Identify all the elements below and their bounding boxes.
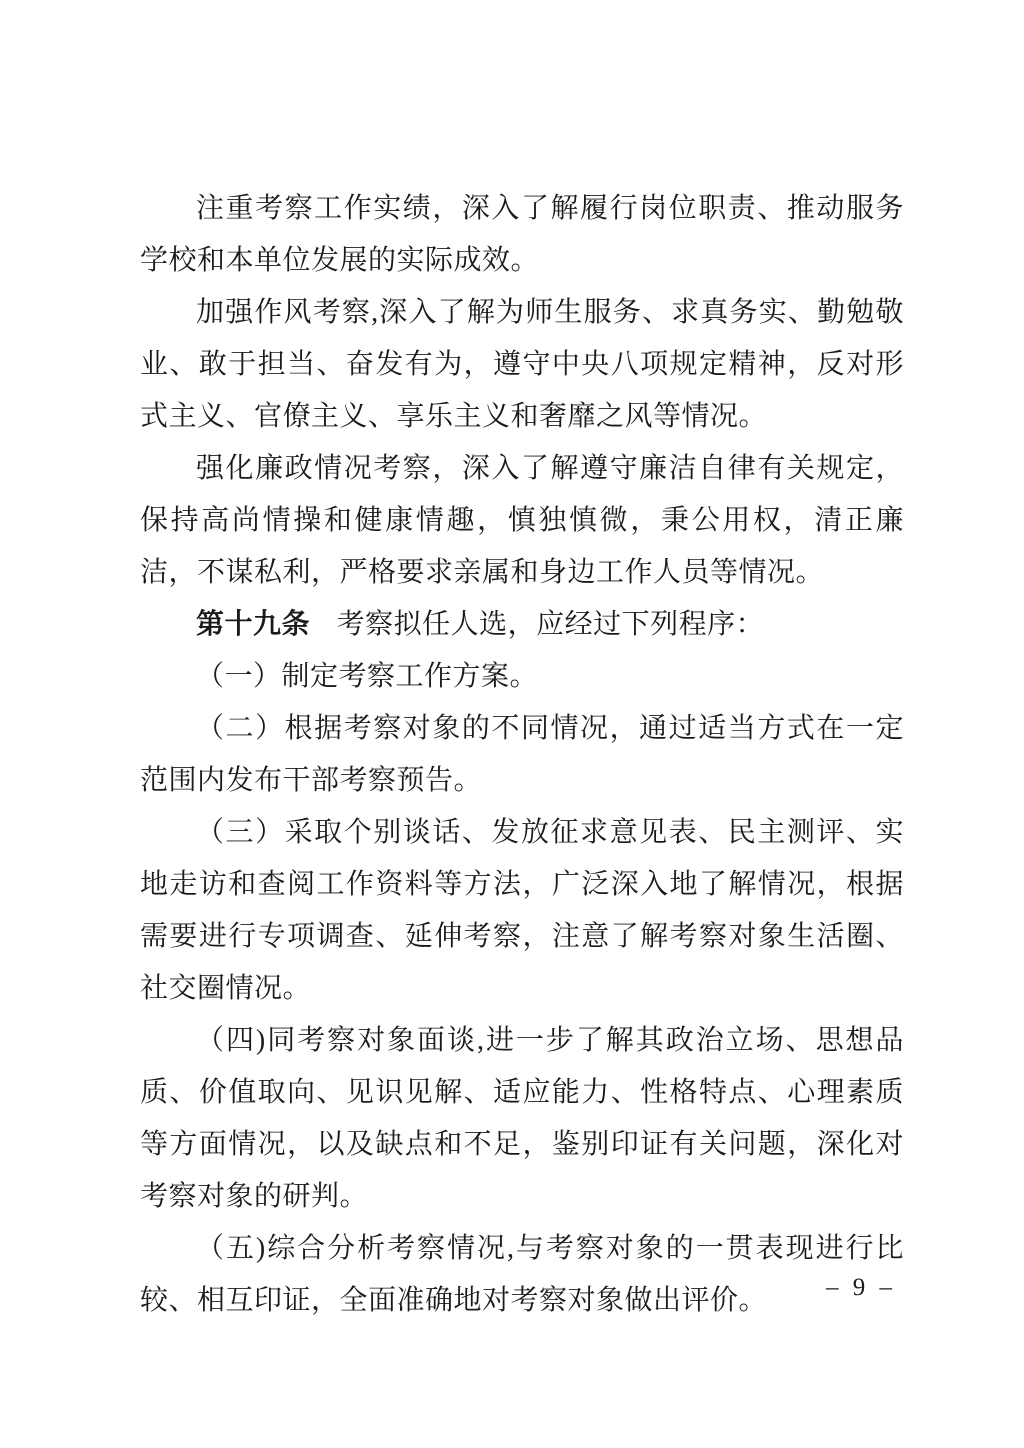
paragraph-item-5: （五)综合分析考察情况,与考察对象的一贯表现进行比较、相互印证，全面准确地对考察… <box>140 1223 904 1327</box>
paragraph-item-4: （四)同考察对象面谈,进一步了解其政治立场、思想品质、价值取向、见识见解、适应能… <box>140 1015 904 1223</box>
paragraph: 强化廉政情况考察，深入了解遵守廉洁自律有关规定，保持高尚情操和健康情趣，慎独慎微… <box>140 443 904 599</box>
paragraph-text: （二）根据考察对象的不同情况，通过适当方式在一定范围内发布干部考察预告。 <box>140 713 904 796</box>
paragraph-text: 考察拟任人选，应经过下列程序： <box>337 609 765 640</box>
paragraph-item-1: （一）制定考察工作方案。 <box>140 651 904 703</box>
paragraph-text: 注重考察工作实绩，深入了解履行岗位职责、推动服务学校和本单位发展的实际成效。 <box>140 193 904 276</box>
paragraph-article-19: 第十九条考察拟任人选，应经过下列程序： <box>140 599 904 651</box>
paragraph-item-3: （三）采取个别谈话、发放征求意见表、民主测评、实地走访和查阅工作资料等方法，广泛… <box>140 807 904 1015</box>
paragraph-text: （五)综合分析考察情况,与考察对象的一贯表现进行比较、相互印证，全面准确地对考察… <box>140 1233 904 1316</box>
article-number-label: 第十九条 <box>196 609 310 640</box>
document-page: 注重考察工作实绩，深入了解履行岗位职责、推动服务学校和本单位发展的实际成效。 加… <box>0 0 1024 1448</box>
page-number: – 9 – <box>826 1272 896 1304</box>
paragraph: 加强作风考察,深入了解为师生服务、求真务实、勤勉敬业、敢于担当、奋发有为，遵守中… <box>140 287 904 443</box>
document-body: 注重考察工作实绩，深入了解履行岗位职责、推动服务学校和本单位发展的实际成效。 加… <box>140 183 904 1327</box>
paragraph-text: 加强作风考察,深入了解为师生服务、求真务实、勤勉敬业、敢于担当、奋发有为，遵守中… <box>140 297 904 432</box>
paragraph-text: （四)同考察对象面谈,进一步了解其政治立场、思想品质、价值取向、见识见解、适应能… <box>140 1025 904 1212</box>
paragraph: 注重考察工作实绩，深入了解履行岗位职责、推动服务学校和本单位发展的实际成效。 <box>140 183 904 287</box>
paragraph-text: 强化廉政情况考察，深入了解遵守廉洁自律有关规定，保持高尚情操和健康情趣，慎独慎微… <box>140 453 904 588</box>
paragraph-text: （一）制定考察工作方案。 <box>196 661 538 692</box>
paragraph-text: （三）采取个别谈话、发放征求意见表、民主测评、实地走访和查阅工作资料等方法，广泛… <box>140 817 904 1004</box>
paragraph-item-2: （二）根据考察对象的不同情况，通过适当方式在一定范围内发布干部考察预告。 <box>140 703 904 807</box>
